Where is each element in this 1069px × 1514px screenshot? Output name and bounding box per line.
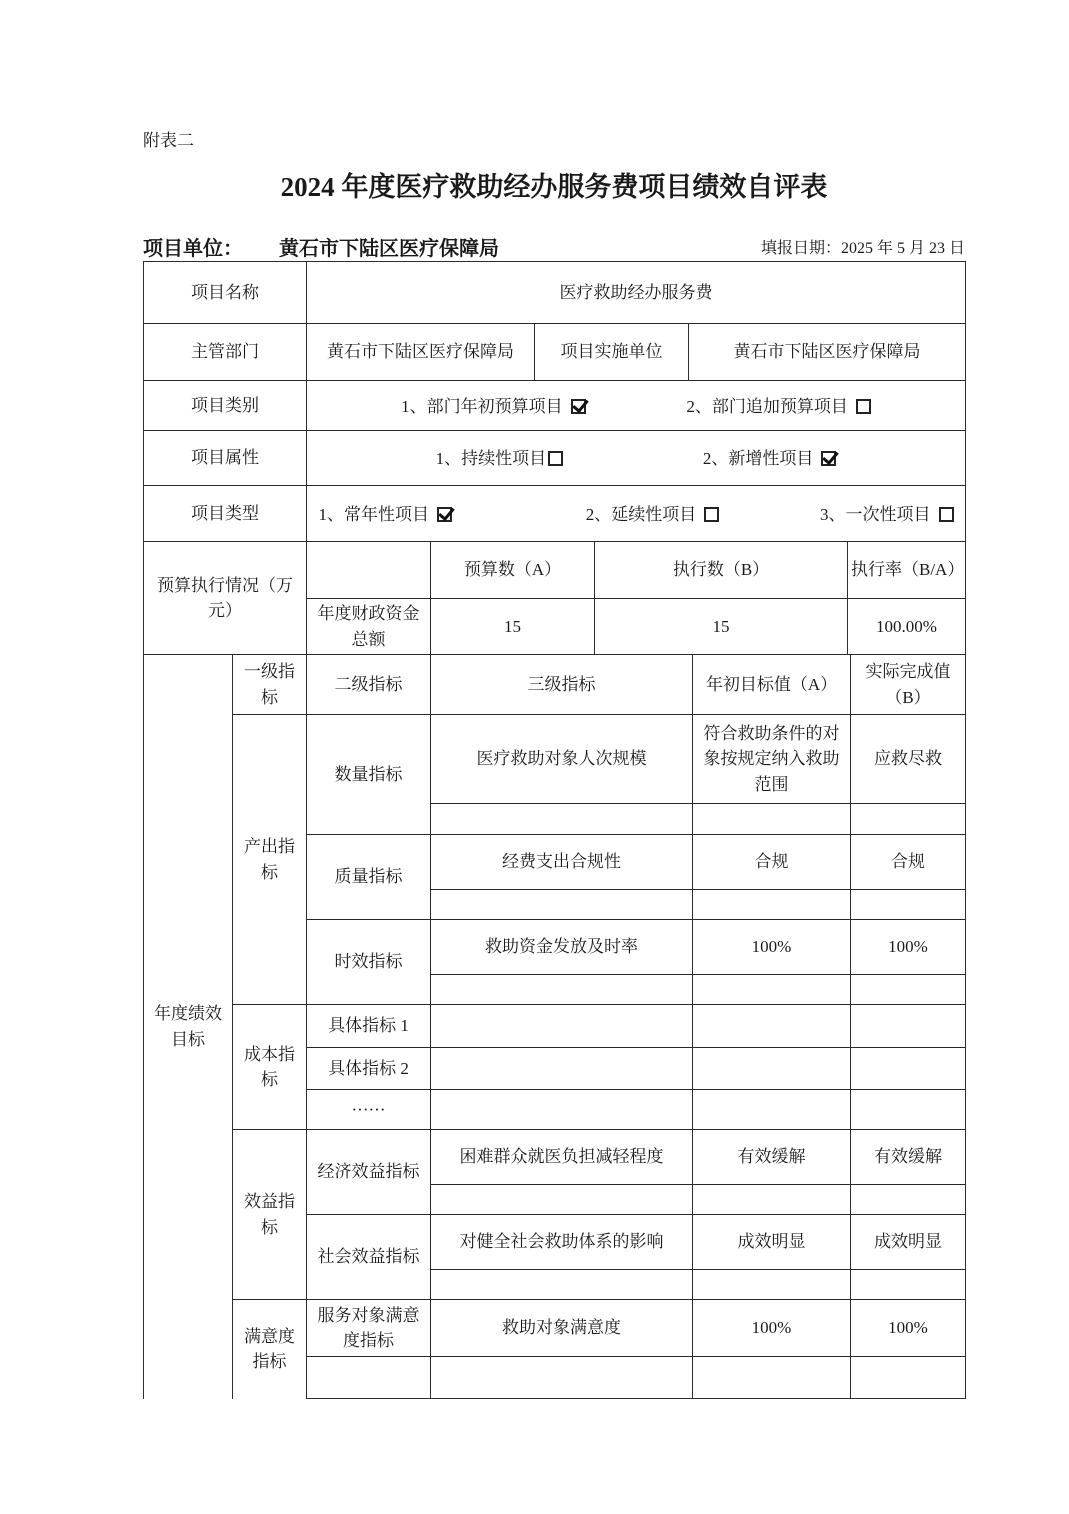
empty-cell (693, 1185, 851, 1215)
service-satisfaction-actual-cell: 100% (851, 1300, 966, 1357)
attribute-label-cell: 项目属性 (144, 431, 307, 486)
category-options-cell: 1、部门年初预算项目 2、部门追加预算项目 (307, 381, 966, 431)
impl-unit-label-cell: 项目实施单位 (535, 324, 689, 381)
empty-cell (693, 1005, 851, 1048)
category-option-1: 1、部门年初预算项目 (401, 394, 682, 420)
report-date: 填报日期：2025 年 5 月 23 日 (761, 238, 965, 262)
service-satisfaction-label-cell: 服务对象满意度指标 (307, 1300, 431, 1357)
budget-col-header-budget: 预算数（A） (431, 542, 595, 599)
performance-side-label-cell: 年度绩效目标 (144, 655, 233, 1399)
project-unit-label: 项目单位： (143, 238, 243, 260)
budget-row-label-cell: 年度财政资金总额 (307, 599, 431, 655)
checked-checkbox-icon (437, 507, 452, 522)
budget-section-label-cell: 预算执行情况（万元） (144, 542, 307, 655)
impl-unit-value-cell: 黄石市下陆区医疗保障局 (689, 324, 966, 381)
report-date-value: 2025 年 5 月 23 日 (841, 240, 965, 257)
empty-cell (851, 890, 966, 920)
attribute-options-cell: 1、持续性项目 2、新增性项目 (307, 431, 966, 486)
type-label-cell: 项目类型 (144, 486, 307, 542)
cost-sub-label-1-cell: 具体指标 1 (307, 1005, 431, 1048)
type-option-1: 1、常年性项目 (319, 502, 582, 528)
budget-value-cell: 15 (431, 599, 595, 655)
empty-cell (693, 975, 851, 1005)
dept-label-cell: 主管部门 (144, 324, 307, 381)
quantity-target-cell: 符合救助条件的对象按规定纳入救助范围 (693, 715, 851, 804)
empty-cell (431, 890, 693, 920)
empty-cell (851, 1048, 966, 1090)
project-unit-value: 黄石市下陆区医疗保障局 (279, 238, 499, 260)
header-actual-cell: 实际完成值（B） (851, 655, 966, 715)
checkbox-icon (548, 451, 563, 466)
satisfaction-group-label-cell: 满意度指标 (233, 1300, 307, 1399)
rate-value-cell: 100.00% (848, 599, 966, 655)
header-target-cell: 年初目标值（A） (693, 655, 851, 715)
cost-sub-label-2-cell: 具体指标 2 (307, 1048, 431, 1090)
empty-cell (431, 1005, 693, 1048)
project-name-label-cell: 项目名称 (144, 262, 307, 324)
project-name-value-cell: 医疗救助经办服务费 (307, 262, 966, 324)
budget-table: 预算执行情况（万元） 预算数（A） 执行数（B） 执行率（B/A） 年度财政资金… (143, 541, 966, 655)
timeliness-target-cell: 100% (693, 920, 851, 975)
quantity-actual-cell: 应救尽救 (851, 715, 966, 804)
quantity-label-cell: 数量指标 (307, 715, 431, 835)
empty-cell (431, 1185, 693, 1215)
empty-cell (851, 804, 966, 835)
economic-indicator-cell: 困难群众就医负担减轻程度 (431, 1130, 693, 1185)
cost-sub-label-ellipsis-cell: ······ (307, 1090, 431, 1130)
quality-actual-cell: 合规 (851, 835, 966, 890)
category-label-cell: 项目类别 (144, 381, 307, 431)
header-level1-cell: 一级指标 (233, 655, 307, 715)
empty-cell (851, 1185, 966, 1215)
empty-cell (693, 1357, 851, 1399)
empty-cell (693, 1090, 851, 1130)
service-satisfaction-indicator-cell: 救助对象满意度 (431, 1300, 693, 1357)
benefit-group-label-cell: 效益指标 (233, 1130, 307, 1300)
empty-cell (851, 1090, 966, 1130)
social-target-cell: 成效明显 (693, 1215, 851, 1270)
empty-cell (851, 1357, 966, 1399)
type-options-cell: 1、常年性项目 2、延续性项目 3、一次性项目 (307, 486, 966, 542)
project-info-table: 项目名称 医疗救助经办服务费 主管部门 黄石市下陆区医疗保障局 项目实施单位 黄… (143, 261, 966, 542)
empty-cell (431, 804, 693, 835)
empty-cell (851, 975, 966, 1005)
header-level2-cell: 二级指标 (307, 655, 431, 715)
performance-table: 年度绩效目标 一级指标 二级指标 三级指标 年初目标值（A） 实际完成值（B） … (143, 654, 966, 1399)
empty-cell (693, 804, 851, 835)
timeliness-label-cell: 时效指标 (307, 920, 431, 1005)
social-actual-cell: 成效明显 (851, 1215, 966, 1270)
empty-cell (431, 975, 693, 1005)
quality-label-cell: 质量指标 (307, 835, 431, 920)
empty-cell (851, 1005, 966, 1048)
economic-actual-cell: 有效缓解 (851, 1130, 966, 1185)
type-option-3: 3、一次性项目 (820, 502, 954, 528)
checkbox-icon (939, 507, 954, 522)
social-label-cell: 社会效益指标 (307, 1215, 431, 1300)
checkbox-icon (856, 399, 871, 414)
cost-group-label-cell: 成本指标 (233, 1005, 307, 1130)
empty-cell (431, 1090, 693, 1130)
empty-cell (851, 1270, 966, 1300)
checked-checkbox-icon (571, 399, 586, 414)
budget-col-header-executed: 执行数（B） (595, 542, 848, 599)
checked-checkbox-icon (821, 451, 836, 466)
empty-cell (431, 1048, 693, 1090)
page-title: 2024 年度医疗救助经办服务费项目绩效自评表 (143, 170, 965, 205)
quantity-indicator-cell: 医疗救助对象人次规模 (431, 715, 693, 804)
project-unit: 项目单位：黄石市下陆区医疗保障局 (143, 236, 499, 262)
economic-label-cell: 经济效益指标 (307, 1130, 431, 1215)
report-date-label: 填报日期： (761, 240, 841, 257)
appendix-label: 附表二 (143, 132, 965, 149)
executed-value-cell: 15 (595, 599, 848, 655)
social-indicator-cell: 对健全社会救助体系的影响 (431, 1215, 693, 1270)
category-option-2: 2、部门追加预算项目 (686, 394, 871, 420)
empty-cell (693, 890, 851, 920)
quality-indicator-cell: 经费支出合规性 (431, 835, 693, 890)
quality-target-cell: 合规 (693, 835, 851, 890)
type-option-2: 2、延续性项目 (586, 502, 816, 528)
checkbox-icon (704, 507, 719, 522)
header-level3-cell: 三级指标 (431, 655, 693, 715)
empty-cell (693, 1270, 851, 1300)
document-page: 附表二 2024 年度医疗救助经办服务费项目绩效自评表 项目单位：黄石市下陆区医… (0, 0, 1069, 1514)
budget-col-header-rate: 执行率（B/A） (848, 542, 966, 599)
economic-target-cell: 有效缓解 (693, 1130, 851, 1185)
output-group-label-cell: 产出指标 (233, 715, 307, 1005)
dept-value-cell: 黄石市下陆区医疗保障局 (307, 324, 535, 381)
meta-row: 项目单位：黄石市下陆区医疗保障局 填报日期：2025 年 5 月 23 日 (143, 236, 965, 262)
empty-cell (431, 1357, 693, 1399)
timeliness-indicator-cell: 救助资金发放及时率 (431, 920, 693, 975)
attribute-option-2: 2、新增性项目 (703, 446, 837, 472)
timeliness-actual-cell: 100% (851, 920, 966, 975)
empty-cell (693, 1048, 851, 1090)
service-satisfaction-target-cell: 100% (693, 1300, 851, 1357)
empty-cell (307, 1357, 431, 1399)
attribute-option-1: 1、持续性项目 (436, 446, 699, 472)
empty-cell (431, 1270, 693, 1300)
empty-cell (307, 542, 431, 599)
